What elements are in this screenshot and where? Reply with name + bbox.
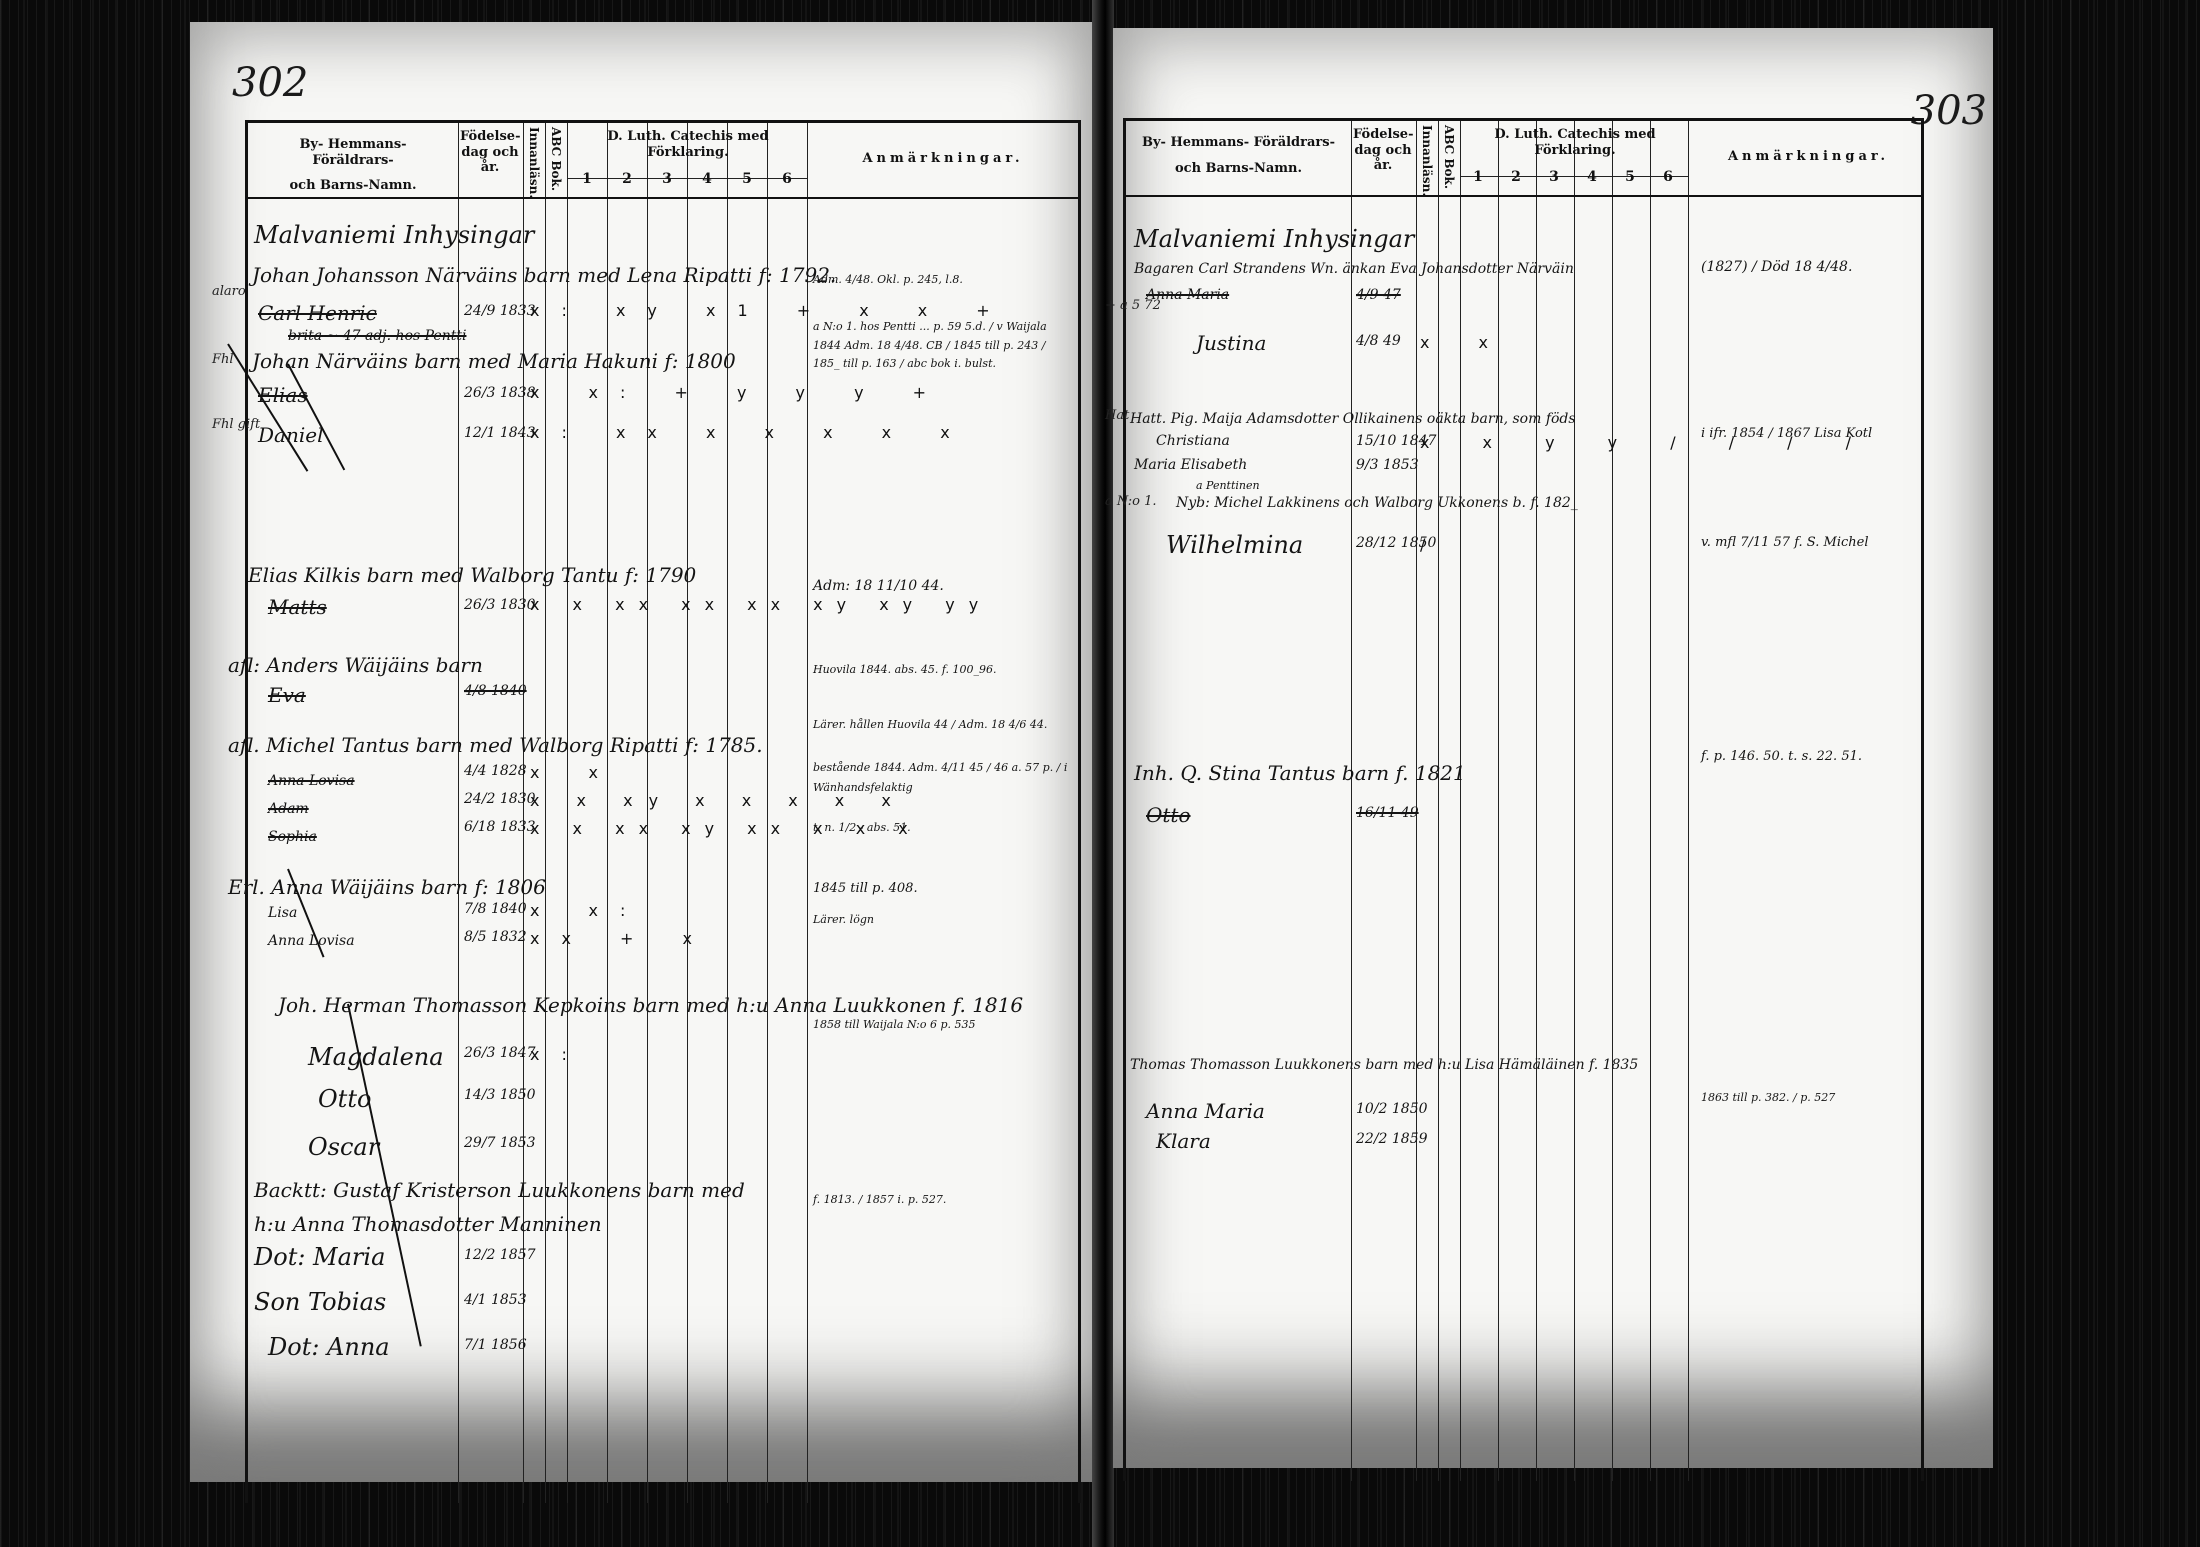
catechism-col-1 [1460, 121, 1499, 1481]
remark: Adm: 18 11/10 44. [813, 578, 944, 594]
birth-date: 26/3 1838 [464, 385, 536, 401]
entry-child: Oscar [308, 1133, 379, 1161]
birth-date: 4/9 47 [1356, 287, 1401, 303]
table-header: By- Hemmans- Föräldrars- och Barns-Namn.… [248, 123, 1078, 199]
entry-family: Backtt: Gustaf Kristerson Luukkonens bar… [254, 1173, 774, 1241]
margin-note: alaro [212, 284, 246, 299]
catechism-col-5 [1612, 121, 1651, 1481]
catechism-col-6 [767, 123, 808, 1503]
book-binding [1092, 0, 1114, 1547]
birth-date: 4/8 49 [1356, 333, 1401, 349]
birth-column [1351, 121, 1417, 1481]
birth-date: 24/2 1830 [464, 791, 536, 807]
entry-child: Otto [318, 1085, 371, 1113]
entry-family: Johan Närväins barn med Maria Hakuni f: … [252, 349, 736, 373]
left-page: 302 By- Hemmans- Föräldrars- och Barns-N… [190, 22, 1092, 1482]
cat-num-1: 1 [1459, 169, 1497, 185]
remark: 1858 till Waijala N:o 6 p. 535 [813, 1018, 976, 1031]
catechism-marks: x x: + y y y + [530, 383, 948, 402]
cat-num-5: 5 [727, 171, 767, 187]
catechism-marks: x x: [530, 901, 647, 920]
birth-date: 7/1 1856 [464, 1337, 527, 1353]
cat-num-6: 6 [767, 171, 807, 187]
cat-num-1: 1 [567, 171, 607, 187]
abc-header: ABC Bok. [1442, 125, 1456, 189]
cat-num-6: 6 [1649, 169, 1687, 185]
name-header: By- Hemmans- Föräldrars- och Barns-Namn. [1136, 135, 1341, 176]
remark: Lärer. hållen Huovila 44 / Adm. 18 4/6 4… [813, 718, 1047, 731]
catechism-col-6 [1650, 121, 1689, 1481]
entry-child: Magdalena [308, 1043, 444, 1071]
remark: 1845 till p. 408. [813, 881, 918, 896]
remark: Huovila 1844. abs. 45. f. 100_96. [813, 663, 996, 676]
birth-date: 4/8 1840 [464, 683, 527, 699]
cat-num-2: 2 [607, 171, 647, 187]
birth-date: 24/9 1833 [464, 303, 536, 319]
birth-date: 26/3 1830 [464, 597, 536, 613]
birth-date: 6/18 1833 [464, 819, 536, 835]
abc-column [545, 123, 568, 1503]
register-table: By- Hemmans- Föräldrars- och Barns-Namn.… [1123, 118, 1924, 1481]
entry-village: Malvaniemi Inhysingar [1134, 225, 1414, 253]
margin-note: Hat [1105, 408, 1129, 423]
birth-date: 12/1 1843 [464, 425, 536, 441]
entry-child: Anna Lovisa [268, 933, 355, 949]
remark: Lärer. lögn [813, 913, 874, 926]
catechism-col-2 [1498, 121, 1537, 1481]
entry-child: Otto [1146, 803, 1191, 827]
remark: Adm. 4/48. Okl. p. 245, l.8. [813, 273, 963, 286]
margin-note: + a 5 72 [1105, 298, 1161, 313]
birth-date: 4/4 1828 [464, 763, 527, 779]
birth-date: 14/3 1850 [464, 1087, 536, 1103]
entry-family: Elias Kilkis barn med Walborg Tantu f: 1… [248, 563, 696, 587]
remark: f. p. 146. 50. t. s. 22. 51. [1701, 749, 1862, 764]
entry-child: Christiana [1156, 433, 1230, 449]
catechism-marks: x x y y / / / / [1420, 433, 1875, 452]
birth-date: 22/2 1859 [1356, 1131, 1428, 1147]
entry-child: Adam [268, 801, 309, 817]
birth-date: 29/7 1853 [464, 1135, 536, 1151]
catechism-col-4 [687, 123, 728, 1503]
entry-family: Hatt. Pig. Maija Adamsdotter Ollikainens… [1130, 411, 1576, 427]
entry-village: Malvaniemi Inhysingar [254, 221, 534, 249]
entry-note: a Penttinen [1196, 479, 1260, 492]
birth-date: 10/2 1850 [1356, 1101, 1428, 1117]
catechism-marks: x x xx xx xx xy xy yy [530, 595, 992, 614]
margin-note: Fhl gift [212, 417, 260, 432]
birth-header: Födelse- dag och år. [460, 129, 520, 176]
remarks-header: Anmärkningar. [818, 151, 1068, 167]
entry-family: Erl. Anna Wäijäins barn f: 1806 [228, 875, 546, 899]
catechism-col-5 [727, 123, 768, 1503]
innanlasn-header: Innanläsn. [1420, 125, 1434, 197]
remarks-header: Anmärkningar. [1701, 149, 1916, 165]
cat-num-5: 5 [1611, 169, 1649, 185]
remark: t. n. 1/2 - abs. 51. [813, 821, 911, 834]
remark: 1863 till p. 382. / p. 527 [1701, 1091, 1835, 1104]
catechism-marks: / [1420, 535, 1447, 554]
entry-family: Joh. Herman Thomasson Kepkoins barn med … [278, 993, 1023, 1017]
birth-date: 16/11 49 [1356, 805, 1419, 821]
catechism-col-3 [647, 123, 688, 1503]
birth-date: 12/2 1857 [464, 1247, 536, 1263]
table-header: By- Hemmans- Föräldrars- och Barns-Namn.… [1126, 121, 1921, 197]
remark: f. 1813. / 1857 i. p. 527. [813, 1193, 946, 1206]
entry-child: Klara [1156, 1129, 1211, 1153]
cat-num-4: 4 [1573, 169, 1611, 185]
catechism-marks: x x [1420, 333, 1510, 352]
birth-date: 8/5 1832 [464, 929, 527, 945]
entry-child: Maria Elisabeth [1134, 457, 1247, 473]
entry-family: Thomas Thomasson Luukkonens barn med h:u… [1130, 1057, 1638, 1073]
catechism-col-2 [607, 123, 648, 1503]
register-table: By- Hemmans- Föräldrars- och Barns-Namn.… [245, 120, 1081, 1503]
birth-header: Födelse- dag och år. [1353, 127, 1413, 174]
entry-family: Nyb: Michel Lakkinens och Walborg Ukkone… [1176, 495, 1578, 511]
abc-header: ABC Bok. [549, 127, 563, 191]
remark: v. mfl 7/11 57 f. S. Michel [1701, 535, 1869, 550]
birth-date: 4/1 1853 [464, 1292, 527, 1308]
name-header: By- Hemmans- Föräldrars- och Barns-Namn. [258, 137, 448, 194]
catechism-col-3 [1536, 121, 1575, 1481]
cat-num-4: 4 [687, 171, 727, 187]
entry-child: Wilhelmina [1166, 531, 1303, 559]
abc-column [1438, 121, 1461, 1481]
cat-num-2: 2 [1497, 169, 1535, 185]
margin-note: Fhl [212, 352, 234, 367]
entry-child: Son Tobias [254, 1288, 386, 1316]
catechism-col-4 [1574, 121, 1613, 1481]
catechism-marks: xx + x [530, 929, 714, 948]
entry-child: Dot: Anna [268, 1333, 390, 1361]
catechism-col-1 [567, 123, 608, 1503]
entry-family: Inh. Q. Stina Tantus barn f. 1821 [1134, 761, 1466, 785]
cat-num-3: 3 [647, 171, 687, 187]
entry-child: Sophia [268, 829, 317, 845]
entry-child: Lisa [268, 905, 297, 921]
entry-child: Carl Henric [258, 301, 377, 325]
entry-child: Anna Lovisa [268, 773, 355, 789]
remark: a N:o 1. hos Pentti ... p. 59 5.d. / v W… [813, 318, 1068, 374]
remark: bestående 1844. Adm. 4/11 45 / 46 a. 57 … [813, 758, 1068, 798]
entry-family: Johan Johansson Närväins barn med Lena R… [252, 263, 836, 287]
innanlasn-header: Innanläsn. [527, 127, 541, 199]
entry-child: Anna Maria [1146, 1099, 1265, 1123]
entry-family: afl. Michel Tantus barn med Walborg Ripa… [228, 733, 763, 757]
name-column [1126, 121, 1352, 1481]
entry-family: afl: Anders Wäijäins barn [228, 653, 483, 677]
entry-family: Bagaren Carl Strandens Wn. änkan Eva Joh… [1134, 261, 1574, 277]
birth-date: 7/8 1840 [464, 901, 527, 917]
remark: (1827) / Död 18 4/48. [1701, 259, 1852, 275]
page-number: 302 [232, 60, 308, 106]
birth-date: 26/3 1847 [464, 1045, 536, 1061]
margin-note: a N:o 1. [1105, 494, 1157, 509]
catechism-marks: x: xx x x x x x [530, 423, 972, 442]
entry-child: Dot: Maria [254, 1243, 385, 1271]
entry-child: Matts [268, 595, 327, 619]
catechism-marks: x: [530, 1045, 589, 1064]
birth-date: 9/3 1853 [1356, 457, 1419, 473]
cat-num-3: 3 [1535, 169, 1573, 185]
catechism-marks: x x [530, 763, 620, 782]
right-page: 303 By- Hemmans- Föräldrars- och Barns-N… [1113, 28, 1993, 1468]
entry-child: Eva [268, 683, 306, 707]
innanlasn-column [1416, 121, 1439, 1481]
entry-note: brita ~ 47 adj. hos Pentti [288, 328, 466, 344]
entry-child: Justina [1196, 331, 1266, 355]
